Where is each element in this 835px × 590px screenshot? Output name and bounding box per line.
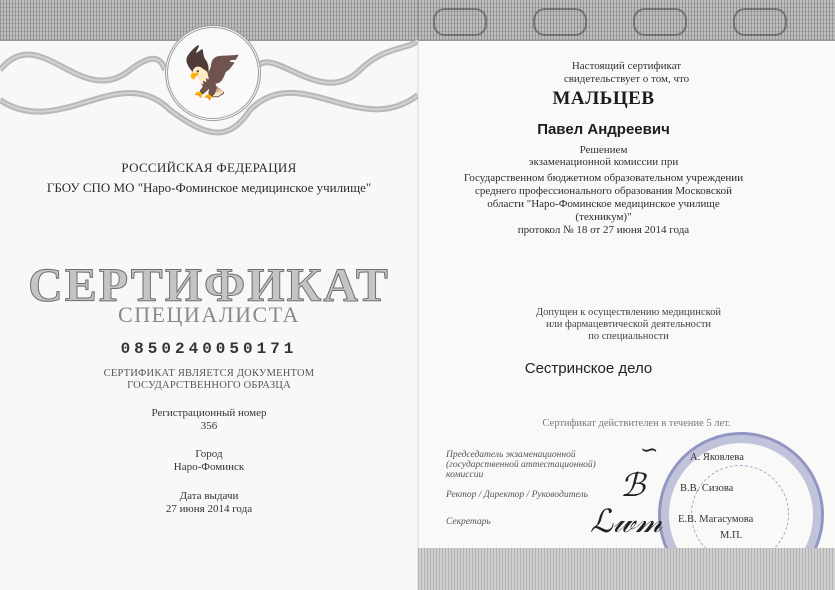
secretary-signature-icon: ℒ𝓌𝓂 xyxy=(590,502,662,541)
admission-text: Допущен к осуществлению медицинской или … xyxy=(420,307,835,343)
decision-line: Решением xyxy=(395,144,812,156)
institution-name: ГБОУ СПО МО "Наро-Фоминское медицинское … xyxy=(0,180,418,196)
director-role-label: Ректор / Директор / Руководитель xyxy=(446,490,588,500)
decision-line: экзаменационной комиссии при xyxy=(395,156,812,168)
org-line: Государственном бюджетном образовательно… xyxy=(395,172,812,185)
org-line: (техникум)" xyxy=(395,211,812,224)
specialty-name: Сестринское дело xyxy=(380,360,797,377)
validity-note: Сертификат действителен в течение 5 лет. xyxy=(428,418,835,429)
org-line: среднего профессионального образования М… xyxy=(395,185,812,198)
city-value: Наро-Фоминск xyxy=(0,461,418,473)
coat-of-arms-icon: 🦅 xyxy=(182,48,244,98)
emblem-frame: 🦅 xyxy=(165,25,261,121)
intro-text: Настоящий сертификат свидетельствует о т… xyxy=(418,60,835,86)
decision-text: Решением экзаменационной комиссии при xyxy=(395,144,812,168)
city-label: Город xyxy=(0,448,418,460)
guilloche-cell xyxy=(633,8,687,36)
secretary-name: Е.В. Магасумова xyxy=(678,514,753,525)
certificate-subtitle: СПЕЦИАЛИСТА xyxy=(0,302,418,328)
holder-given-names: Павел Андреевич xyxy=(395,121,812,138)
org-line: области "Наро-Фоминское медицинское учил… xyxy=(395,198,812,211)
state-doc-line: СЕРТИФИКАТ ЯВЛЯЕТСЯ ДОКУМЕНТОМ xyxy=(0,368,418,380)
role-line: комиссии xyxy=(446,470,596,480)
admitted-line: по специальности xyxy=(420,331,835,343)
issue-date-value: 27 июня 2014 года xyxy=(0,503,418,515)
issue-date-label: Дата выдачи xyxy=(0,490,418,502)
guilloche-cell xyxy=(533,8,587,36)
chair-name: А. Яковлева xyxy=(690,452,744,463)
guilloche-cell xyxy=(433,8,487,36)
registration-label: Регистрационный номер xyxy=(0,407,418,419)
serial-number: 0850240050171 xyxy=(0,340,418,358)
state-doc-line: ГОСУДАРСТВЕННОГО ОБРАЗЦА xyxy=(0,380,418,392)
protocol-line: протокол № 18 от 27 июня 2014 года xyxy=(395,224,812,237)
secretary-role-label: Секретарь xyxy=(446,517,491,527)
bottom-guilloche-band xyxy=(418,548,835,590)
chair-role-label: Председатель экзаменационной (государств… xyxy=(446,450,596,480)
intro-line: свидетельствует о том, что xyxy=(418,73,835,86)
director-signature-icon: ℬ xyxy=(620,466,645,504)
role-line: Председатель экзаменационной xyxy=(446,450,596,460)
intro-line: Настоящий сертификат xyxy=(418,60,835,73)
role-line: (государственной аттестационной) xyxy=(446,460,596,470)
holder-surname: МАЛЬЦЕВ xyxy=(395,88,812,110)
chair-signature-icon: ∽ xyxy=(640,438,658,463)
right-top-guilloche-band xyxy=(418,0,835,41)
registration-value: 356 xyxy=(0,420,418,432)
stamp-place-label: М.П. xyxy=(720,530,742,541)
country-name: РОССИЙСКАЯ ФЕДЕРАЦИЯ xyxy=(0,160,418,176)
director-name: В.В. Сизова xyxy=(680,483,733,494)
guilloche-cell xyxy=(733,8,787,36)
admitted-line: или фармацевтической деятельности xyxy=(420,319,835,331)
organization-text: Государственном бюджетном образовательно… xyxy=(395,172,812,237)
state-document-note: СЕРТИФИКАТ ЯВЛЯЕТСЯ ДОКУМЕНТОМ ГОСУДАРСТ… xyxy=(0,368,418,392)
admitted-line: Допущен к осуществлению медицинской xyxy=(420,307,835,319)
